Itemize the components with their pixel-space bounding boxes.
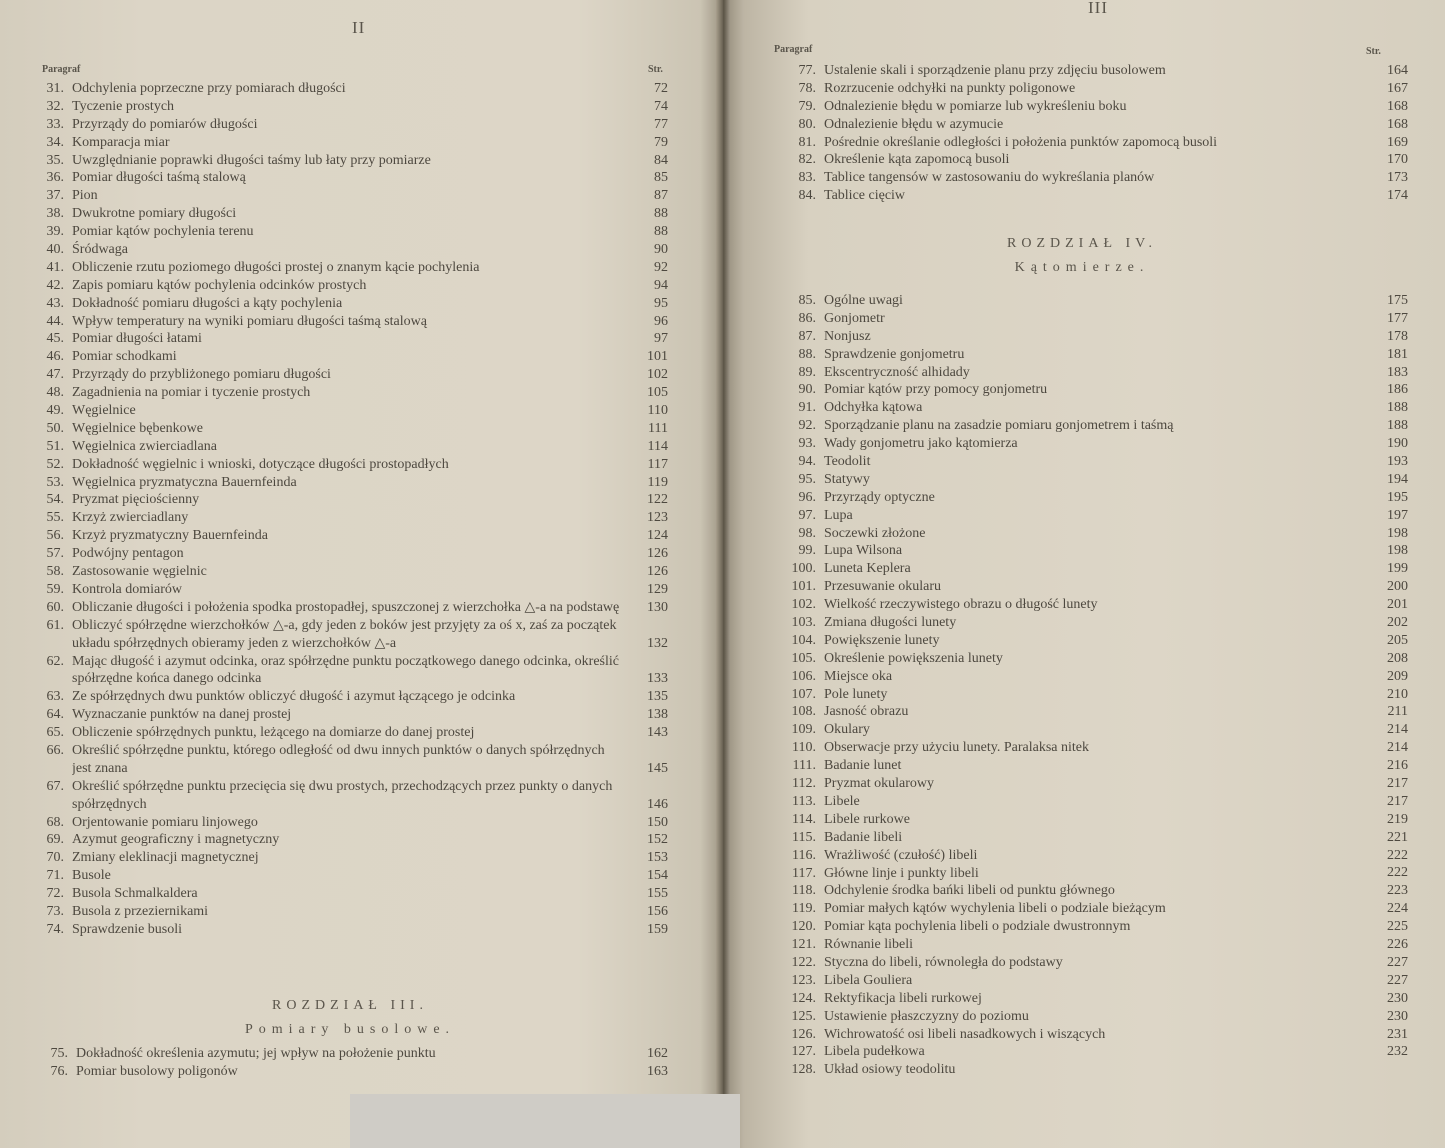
entry-number: 101. [766, 578, 816, 596]
entry-number: 47. [14, 366, 64, 384]
entry-page: 214 [1368, 721, 1408, 739]
entry-number: 105. [766, 650, 816, 668]
toc-entry: 75.Dokładność określenia azymutu; jej wp… [18, 1045, 668, 1063]
entry-page: 72 [628, 80, 668, 98]
entry-title: Określić spółrzędne punktu, którego odle… [72, 743, 605, 776]
entry-title: Zapis pomiaru kątów pochylenia odcinków … [72, 278, 366, 293]
entry-page: 145 [628, 760, 668, 778]
toc-entry: 92.Sporządzanie planu na zasadzie pomiar… [766, 417, 1408, 435]
toc-entry: 65.Obliczenie spółrzędnych punktu, leżąc… [14, 724, 668, 742]
entry-title: Dokładność pomiaru długości a kąty pochy… [72, 296, 342, 311]
entry-title: Pośrednie określanie odległości i położe… [824, 135, 1217, 150]
entry-title: Pomiar schodkami [72, 349, 177, 364]
chapter-subtitle: Pomiary busolowe. [140, 1022, 560, 1038]
entry-page: 223 [1368, 882, 1408, 900]
entry-page: 85 [628, 169, 668, 187]
toc-entry: 79.Odnalezienie błędu w pomiarze lub wyk… [766, 98, 1408, 116]
entry-number: 113. [766, 793, 816, 811]
entry-number: 56. [14, 527, 64, 545]
entry-number: 114. [766, 811, 816, 829]
entry-number: 108. [766, 703, 816, 721]
entry-title: Nonjusz [824, 329, 871, 344]
entry-page: 133 [628, 670, 668, 688]
toc-entry: 123.Libela Gouliera . . . . . . . . . . … [766, 972, 1408, 990]
toc-entry: 43.Dokładność pomiaru długości a kąty po… [14, 295, 668, 313]
entry-title: Odchylenie środka bańki libeli od punktu… [824, 883, 1115, 898]
entry-number: 63. [14, 688, 64, 706]
entry-page: 150 [628, 814, 668, 832]
entry-page: 199 [1368, 560, 1408, 578]
toc-entry: 55.Krzyż zwierciadlany . . . . . . . . .… [14, 509, 668, 527]
entry-number: 58. [14, 563, 64, 581]
toc-entry: 72.Busola Schmalkaldera . . . . . . . . … [14, 885, 668, 903]
entry-title: Równanie libeli [824, 937, 913, 952]
toc-entry: 67.Określić spółrzędne punktu przecięcia… [14, 778, 668, 814]
entry-page: 111 [628, 420, 668, 438]
toc-entry: 76.Pomiar busolowy poligonów . . . . . .… [18, 1063, 668, 1081]
entry-page: 230 [1368, 1008, 1408, 1026]
entry-page: 90 [628, 241, 668, 259]
entry-number: 88. [766, 346, 816, 364]
entry-number: 84. [766, 187, 816, 205]
entry-page: 197 [1368, 507, 1408, 525]
entry-title: Ekscentryczność alhidady [824, 365, 970, 380]
entry-number: 125. [766, 1008, 816, 1026]
entry-number: 68. [14, 814, 64, 832]
chapter-title: ROZDZIAŁ IV. [882, 236, 1282, 252]
toc-entry: 112.Pryzmat okularowy . . . . . . . . . … [766, 775, 1408, 793]
toc-list: 77.Ustalenie skali i sporządzenie planu … [766, 62, 1408, 205]
entry-page: 219 [1368, 811, 1408, 829]
entry-page: 201 [1368, 596, 1408, 614]
entry-title: Miejsce oka [824, 669, 892, 684]
entry-number: 34. [14, 134, 64, 152]
toc-entry: 69.Azymut geograficzny i magnetyczny . .… [14, 831, 668, 849]
toc-entry: 128.Układ osiowy teodolitu . . . . . . .… [766, 1061, 1408, 1079]
entry-page: 211 [1368, 703, 1408, 721]
entry-title: Ustalenie skali i sporządzenie planu prz… [824, 63, 1166, 78]
entry-title: Pryzmat pięciościenny [72, 492, 199, 507]
entry-page: 162 [628, 1045, 668, 1063]
entry-page: 154 [628, 867, 668, 885]
entry-title: Pomiar busolowy poligonów [76, 1064, 238, 1079]
entry-title: Krzyż zwierciadlany [72, 510, 188, 525]
entry-page: 122 [628, 491, 668, 509]
toc-entry: 36.Pomiar długości taśmą stalową . . . .… [14, 169, 668, 187]
toc-entry: 97.Lupa . . . . . . . . . . . . . . . . … [766, 507, 1408, 525]
entry-title: Styczna do libeli, równoległa do podstaw… [824, 955, 1063, 970]
entry-title: Rozrzucenie odchyłki na punkty poligonow… [824, 81, 1075, 96]
entry-page: 117 [628, 456, 668, 474]
entry-page: 188 [1368, 399, 1408, 417]
entry-title: Busole [72, 868, 111, 883]
entry-number: 111. [766, 757, 816, 775]
toc-list: 85.Ogólne uwagi . . . . . . . . . . . . … [766, 292, 1408, 1079]
entry-title: Zmiana długości lunety [824, 615, 956, 630]
entry-number: 124. [766, 990, 816, 1008]
entry-page: 168 [1368, 116, 1408, 134]
entry-page: 169 [1368, 134, 1408, 152]
entry-page: 119 [628, 474, 668, 492]
entry-page: 216 [1368, 757, 1408, 775]
entry-page: 163 [628, 1063, 668, 1081]
entry-page: 193 [1368, 453, 1408, 471]
entry-title: Badanie lunet [824, 758, 901, 773]
entry-number: 91. [766, 399, 816, 417]
entry-number: 116. [766, 847, 816, 865]
entry-page: 217 [1368, 775, 1408, 793]
entry-page: 173 [1368, 169, 1408, 187]
entry-page: 190 [1368, 435, 1408, 453]
toc-entry: 100.Luneta Keplera . . . . . . . . . . .… [766, 560, 1408, 578]
toc-entry: 121.Równanie libeli . . . . . . . . . . … [766, 936, 1408, 954]
entry-title: Dokładność węgielnic i wnioski, dotycząc… [72, 457, 449, 472]
toc-entry: 41.Obliczenie rzutu poziomego długości p… [14, 259, 668, 277]
entry-title: Wpływ temperatury na wyniki pomiaru dług… [72, 314, 427, 329]
toc-entry: 38.Dwukrotne pomiary długości . . . . . … [14, 205, 668, 223]
toc-entry: 115.Badanie libeli . . . . . . . . . . .… [766, 829, 1408, 847]
entry-number: 48. [14, 384, 64, 402]
entry-number: 36. [14, 169, 64, 187]
entry-title: Badanie libeli [824, 830, 902, 845]
entry-page: 181 [1368, 346, 1408, 364]
toc-entry: 102.Wielkość rzeczywistego obrazu o dług… [766, 596, 1408, 614]
entry-page: 135 [628, 688, 668, 706]
entry-page: 124 [628, 527, 668, 545]
entry-title: Wichrowatość osi libeli nasadkowych i wi… [824, 1027, 1105, 1042]
entry-title: Kontrola domiarów [72, 582, 182, 597]
entry-number: 41. [14, 259, 64, 277]
entry-page: 200 [1368, 578, 1408, 596]
entry-page: 159 [628, 921, 668, 939]
entry-page: 167 [1368, 80, 1408, 98]
entry-page: 224 [1368, 900, 1408, 918]
toc-entry: 105.Określenie powiększenia lunety . . .… [766, 650, 1408, 668]
entry-number: 86. [766, 310, 816, 328]
entry-title: Soczewki złożone [824, 526, 925, 541]
entry-title: Określenie kąta zapomocą busoli [824, 152, 1009, 167]
book-spine-gutter [716, 0, 730, 1148]
entry-title: Lupa [824, 508, 853, 523]
entry-title: Mając długość i azymut odcinka, oraz spó… [72, 654, 619, 687]
entry-title: Uwzględnianie poprawki długości taśmy lu… [72, 153, 431, 168]
toc-entry: 46.Pomiar schodkami . . . . . . . . . . … [14, 348, 668, 366]
chapter-heading: ROZDZIAŁ IV. Kątomierze. [882, 236, 1282, 276]
entry-number: 67. [14, 778, 64, 796]
entry-title: Węgielnice [72, 403, 136, 418]
entry-number: 119. [766, 900, 816, 918]
entry-number: 115. [766, 829, 816, 847]
entry-title: Pomiar długości łatami [72, 331, 202, 346]
entry-number: 85. [766, 292, 816, 310]
toc-entry: 37.Pion . . . . . . . . . . . . . . . . … [14, 187, 668, 205]
entry-title: Określenie powiększenia lunety [824, 651, 1003, 666]
entry-number: 62. [14, 653, 64, 671]
entry-page: 208 [1368, 650, 1408, 668]
toc-entry: 42.Zapis pomiaru kątów pochylenia odcink… [14, 277, 668, 295]
entry-title: Busola z przeziernikami [72, 904, 208, 919]
toc-entry: 124.Rektyfikacja libeli rurkowej . . . .… [766, 990, 1408, 1008]
entry-number: 75. [18, 1045, 68, 1063]
toc-entry: 78.Rozrzucenie odchyłki na punkty poligo… [766, 80, 1408, 98]
entry-number: 100. [766, 560, 816, 578]
entry-title: Określić spółrzędne punktu przecięcia si… [72, 779, 612, 812]
entry-title: Luneta Keplera [824, 561, 911, 576]
paragraph-column-label: Paragraf [42, 64, 80, 75]
entry-page: 174 [1368, 187, 1408, 205]
entry-page: 177 [1368, 310, 1408, 328]
entry-number: 81. [766, 134, 816, 152]
entry-page: 227 [1368, 954, 1408, 972]
page-column-label: Str. [1366, 46, 1381, 57]
entry-title: Pomiar kątów pochylenia terenu [72, 224, 254, 239]
toc-entry: 108.Jasność obrazu . . . . . . . . . . .… [766, 703, 1408, 721]
entry-number: 99. [766, 542, 816, 560]
entry-page: 186 [1368, 381, 1408, 399]
entry-title: Sprawdzenie busoli [72, 922, 182, 937]
chapter-subtitle: Kątomierze. [882, 260, 1282, 276]
paragraph-column-label: Paragraf [774, 44, 812, 55]
entry-title: Okulary [824, 722, 870, 737]
entry-number: 51. [14, 438, 64, 456]
toc-entry: 90.Pomiar kątów przy pomocy gonjometru .… [766, 381, 1408, 399]
toc-entry: 54.Pryzmat pięciościenny . . . . . . . .… [14, 491, 668, 509]
entry-number: 35. [14, 152, 64, 170]
entry-page: 132 [628, 635, 668, 653]
entry-number: 46. [14, 348, 64, 366]
entry-title: Główne linje i punkty libeli [824, 866, 979, 881]
entry-title: Odnalezienie błędu w pomiarze lub wykreś… [824, 99, 1126, 114]
entry-page: 175 [1368, 292, 1408, 310]
toc-entry: 119.Pomiar małych kątów wychylenia libel… [766, 900, 1408, 918]
entry-number: 61. [14, 617, 64, 635]
toc-entry: 61.Obliczyć spółrzędne wierzchołków △-a,… [14, 617, 668, 653]
toc-entry: 117.Główne linje i punkty libeli . . . .… [766, 865, 1408, 883]
entry-number: 33. [14, 116, 64, 134]
entry-number: 66. [14, 742, 64, 760]
toc-entry: 126.Wichrowatość osi libeli nasadkowych … [766, 1026, 1408, 1044]
entry-title: Komparacja miar [72, 135, 170, 150]
toc-entry: 35.Uwzględnianie poprawki długości taśmy… [14, 152, 668, 170]
entry-number: 96. [766, 489, 816, 507]
entry-page: 74 [628, 98, 668, 116]
toc-entry: 120.Pomiar kąta pochylenia libeli o podz… [766, 918, 1408, 936]
entry-title: Układ osiowy teodolitu [824, 1062, 955, 1077]
entry-page: 152 [628, 831, 668, 849]
entry-title: Wrażliwość (czułość) libeli [824, 848, 977, 863]
entry-page: 143 [628, 724, 668, 742]
entry-page: 114 [628, 438, 668, 456]
entry-title: Pomiar kąta pochylenia libeli o podziale… [824, 919, 1130, 934]
entry-number: 103. [766, 614, 816, 632]
paper-slip [350, 1094, 740, 1148]
toc-entry: 33.Przyrządy do pomiarów długości . . . … [14, 116, 668, 134]
entry-page: 227 [1368, 972, 1408, 990]
entry-title: Orjentowanie pomiaru linjowego [72, 815, 258, 830]
entry-number: 117. [766, 865, 816, 883]
entry-page: 84 [628, 152, 668, 170]
entry-title: Obliczyć spółrzędne wierzchołków △-a, gd… [72, 618, 617, 651]
entry-page: 178 [1368, 328, 1408, 346]
entry-page: 77 [628, 116, 668, 134]
entry-number: 69. [14, 831, 64, 849]
toc-list: 75.Dokładność określenia azymutu; jej wp… [18, 1045, 668, 1081]
entry-title: Sprawdzenie gonjometru [824, 347, 964, 362]
entry-page: 210 [1368, 686, 1408, 704]
entry-title: Pion [72, 188, 98, 203]
toc-entry: 101.Przesuwanie okularu . . . . . . . . … [766, 578, 1408, 596]
entry-number: 93. [766, 435, 816, 453]
toc-entry: 93.Wady gonjometru jako kątomierza . . .… [766, 435, 1408, 453]
toc-entry: 59.Kontrola domiarów . . . . . . . . . .… [14, 581, 668, 599]
toc-entry: 58.Zastosowanie węgielnic . . . . . . . … [14, 563, 668, 581]
entry-number: 31. [14, 80, 64, 98]
entry-number: 121. [766, 936, 816, 954]
entry-page: 97 [628, 330, 668, 348]
entry-title: Wielkość rzeczywistego obrazu o długość … [824, 597, 1098, 612]
toc-entry: 127.Libela pudełkowa . . . . . . . . . .… [766, 1043, 1408, 1061]
entry-page: 232 [1368, 1043, 1408, 1061]
entry-number: 32. [14, 98, 64, 116]
toc-entry: 91.Odchyłka kątowa . . . . . . . . . . .… [766, 399, 1408, 417]
entry-page: 126 [628, 545, 668, 563]
entry-title: Libela pudełkowa [824, 1044, 925, 1059]
entry-number: 44. [14, 313, 64, 331]
toc-entry: 98.Soczewki złożone . . . . . . . . . . … [766, 525, 1408, 543]
entry-title: Podwójny pentagon [72, 546, 184, 561]
entry-number: 126. [766, 1026, 816, 1044]
toc-entry: 118.Odchylenie środka bańki libeli od pu… [766, 882, 1408, 900]
toc-entry: 114.Libele rurkowe . . . . . . . . . . .… [766, 811, 1408, 829]
entry-number: 106. [766, 668, 816, 686]
entry-page: 101 [628, 348, 668, 366]
toc-entry: 53.Węgielnica pryzmatyczna Bauernfeinda … [14, 474, 668, 492]
entry-number: 92. [766, 417, 816, 435]
toc-entry: 94.Teodolit . . . . . . . . . . . . . . … [766, 453, 1408, 471]
toc-entry: 32.Tyczenie prostych . . . . . . . . . .… [14, 98, 668, 116]
entry-title: Dwukrotne pomiary długości [72, 206, 236, 221]
page-column-label: Str. [648, 64, 663, 75]
entry-page: 95 [628, 295, 668, 313]
toc-entry: 89.Ekscentryczność alhidady . . . . . . … [766, 364, 1408, 382]
entry-title: Odchyłka kątowa [824, 400, 922, 415]
toc-entry: 111.Badanie lunet . . . . . . . . . . . … [766, 757, 1408, 775]
entry-number: 71. [14, 867, 64, 885]
entry-number: 64. [14, 706, 64, 724]
entry-page: 230 [1368, 990, 1408, 1008]
entry-number: 74. [14, 921, 64, 939]
toc-entry: 110.Obserwacje przy użyciu lunety. Paral… [766, 739, 1408, 757]
entry-number: 77. [766, 62, 816, 80]
entry-number: 54. [14, 491, 64, 509]
entry-title: Węgielnice bębenkowe [72, 421, 203, 436]
entry-title: Powiększenie lunety [824, 633, 939, 648]
entry-title: Wyznaczanie punktów na danej prostej [72, 707, 291, 722]
toc-entry: 51.Węgielnica zwierciadlana . . . . . . … [14, 438, 668, 456]
entry-title: Pole lunety [824, 687, 887, 702]
chapter-heading: ROZDZIAŁ III. Pomiary busolowe. [140, 998, 560, 1038]
entry-number: 83. [766, 169, 816, 187]
entry-page: 222 [1368, 864, 1408, 882]
entry-page: 110 [628, 402, 668, 420]
entry-title: Zmiany eleklinacji magnetycznej [72, 850, 259, 865]
toc-entry: 70.Zmiany eleklinacji magnetycznej . . .… [14, 849, 668, 867]
entry-number: 87. [766, 328, 816, 346]
toc-entry: 39.Pomiar kątów pochylenia terenu . . . … [14, 223, 668, 241]
toc-entry: 56.Krzyż pryzmatyczny Bauernfeinda . . .… [14, 527, 668, 545]
entry-number: 82. [766, 151, 816, 169]
entry-title: Pryzmat okularowy [824, 776, 934, 791]
entry-title: Tablice cięciw [824, 188, 905, 203]
entry-title: Lupa Wilsona [824, 543, 902, 558]
toc-entry: 116.Wrażliwość (czułość) libeli . . . . … [766, 847, 1408, 865]
entry-number: 76. [18, 1063, 68, 1081]
toc-entry: 52.Dokładność węgielnic i wnioski, dotyc… [14, 456, 668, 474]
entry-title: Rektyfikacja libeli rurkowej [824, 991, 982, 1006]
entry-title: Azymut geograficzny i magnetyczny [72, 832, 279, 847]
entry-page: 198 [1368, 542, 1408, 560]
entry-number: 128. [766, 1061, 816, 1079]
toc-entry: 64.Wyznaczanie punktów na danej prostej … [14, 706, 668, 724]
toc-entry: 82.Określenie kąta zapomocą busoli . . .… [766, 151, 1408, 169]
toc-entry: 113.Libele . . . . . . . . . . . . . . .… [766, 793, 1408, 811]
entry-title: Gonjometr [824, 311, 885, 326]
entry-title: Libele [824, 794, 860, 809]
toc-entry: 88.Sprawdzenie gonjometru . . . . . . . … [766, 346, 1408, 364]
entry-title: Libela Gouliera [824, 973, 912, 988]
entry-page: 105 [628, 384, 668, 402]
toc-entry: 85.Ogólne uwagi . . . . . . . . . . . . … [766, 292, 1408, 310]
entry-number: 73. [14, 903, 64, 921]
entry-number: 52. [14, 456, 64, 474]
entry-title: Obliczenie spółrzędnych punktu, leżącego… [72, 725, 474, 740]
entry-page: 221 [1368, 829, 1408, 847]
entry-number: 40. [14, 241, 64, 259]
entry-title: Dokładność określenia azymutu; jej wpływ… [76, 1046, 436, 1061]
entry-number: 90. [766, 381, 816, 399]
entry-page: 92 [628, 259, 668, 277]
toc-entry: 45.Pomiar długości łatami . . . . . . . … [14, 330, 668, 348]
entry-number: 122. [766, 954, 816, 972]
entry-title: Busola Schmalkaldera [72, 886, 198, 901]
entry-title: Przyrządy do przybliżonego pomiaru długo… [72, 367, 331, 382]
entry-page: 102 [628, 366, 668, 384]
entry-number: 60. [14, 599, 64, 617]
entry-title: Obliczenie rzutu poziomego długości pros… [72, 260, 479, 275]
entry-number: 43. [14, 295, 64, 313]
toc-entry: 63.Ze spółrzędnych dwu punktów obliczyć … [14, 688, 668, 706]
entry-title: Teodolit [824, 454, 870, 469]
entry-page: 156 [628, 903, 668, 921]
toc-entry: 48.Zagadnienia na pomiar i tyczenie pros… [14, 384, 668, 402]
entry-page: 87 [628, 187, 668, 205]
entry-number: 42. [14, 277, 64, 295]
entry-title: Wady gonjometru jako kątomierza [824, 436, 1018, 451]
toc-list: 31.Odchylenia poprzeczne przy pomiarach … [14, 80, 668, 939]
entry-number: 94. [766, 453, 816, 471]
entry-number: 55. [14, 509, 64, 527]
entry-number: 107. [766, 686, 816, 704]
entry-page: 164 [1368, 62, 1408, 80]
entry-number: 95. [766, 471, 816, 489]
entry-number: 49. [14, 402, 64, 420]
entry-title: Ze spółrzędnych dwu punktów obliczyć dłu… [72, 689, 515, 704]
entry-number: 59. [14, 581, 64, 599]
entry-number: 38. [14, 205, 64, 223]
toc-entry: 125.Ustawienie płaszczyzny do poziomu . … [766, 1008, 1408, 1026]
entry-number: 127. [766, 1043, 816, 1061]
entry-page: 79 [628, 134, 668, 152]
